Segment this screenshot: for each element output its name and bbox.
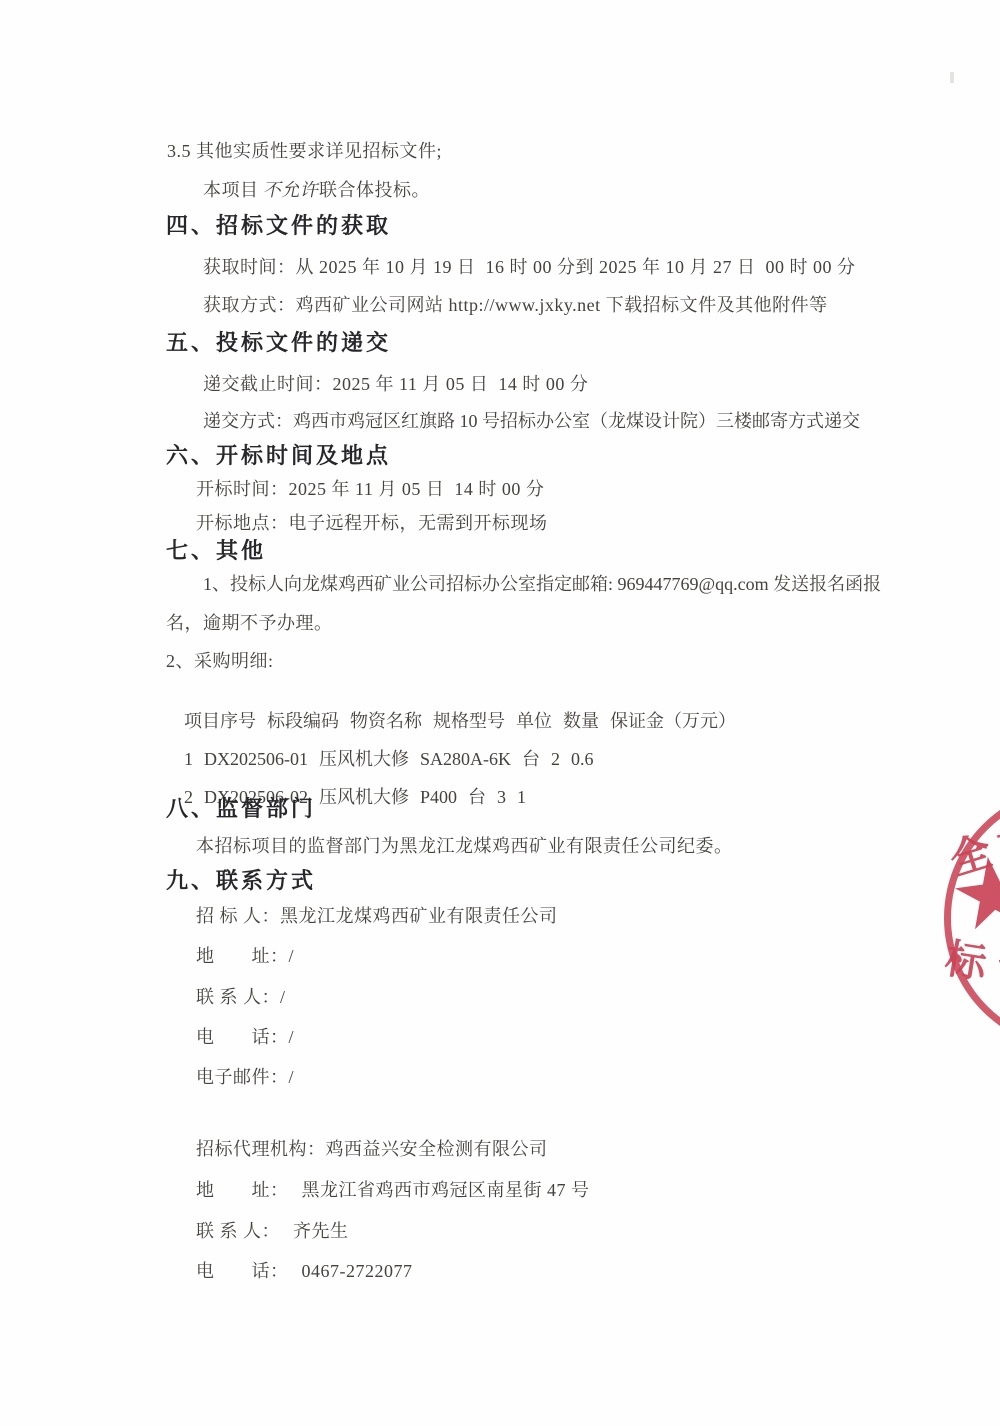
tenderer-name-label: 招 标 人： [196, 906, 280, 926]
joint-pre: 本项目 [203, 180, 264, 200]
agency-name-line: 招标代理机构：鸡西益兴安全检测有限公司 [196, 1139, 548, 1161]
agency-phone-label: 电 话： [196, 1261, 289, 1281]
joint-venture-line: 本项目 不允许联合体投标。 [203, 180, 430, 202]
tenderer-email-value: / [289, 1067, 295, 1087]
tenderer-contact-person-line: 联 系 人：/ [196, 987, 286, 1009]
agency-address-line: 地 址：黑龙江省鸡西市鸡冠区南星街 47 号 [196, 1180, 590, 1202]
section-6-open-time: 开标时间：2025 年 11 月 05 日 14 时 00 分 [196, 479, 544, 501]
tenderer-phone-label: 电 话： [196, 1027, 289, 1047]
section-7-item1-line2: 名，逾期不予办理。 [166, 613, 333, 635]
section-5-method: 递交方式：鸡西市鸡冠区红旗路 10 号招标办公室（龙煤设计院）三楼邮寄方式递交 [203, 411, 860, 433]
row2-unit: 台 [468, 787, 486, 809]
section-5-title: 五、投标文件的递交 [166, 330, 391, 356]
tenderer-address-label: 地 址： [196, 946, 289, 966]
tenderer-address-value: / [289, 946, 295, 966]
section-7-title: 七、其他 [166, 538, 266, 564]
joint-post: 联合体投标。 [319, 180, 430, 200]
tenderer-email-label: 电子邮件： [196, 1067, 289, 1087]
agency-phone-value: 0467-2722077 [302, 1261, 413, 1281]
row2-qty: 3 [497, 787, 506, 809]
section-6-open-place: 开标地点：电子远程开标，无需到开标现场 [196, 513, 548, 535]
tenderer-name-line: 招 标 人：黑龙江龙煤鸡西矿业有限责任公司 [196, 906, 558, 928]
section-5-deadline: 递交截止时间：2025 年 11 月 05 日 14 时 00 分 [203, 374, 588, 396]
section-7-item2: 2、采购明细: [166, 651, 274, 673]
tenderer-contact-person-label: 联 系 人： [196, 987, 280, 1007]
agency-contact-person-value: 齐先生 [293, 1221, 349, 1241]
scan-artifact [950, 72, 954, 83]
joint-emphasis: 不允许 [261, 180, 321, 202]
scanned-document-page: 3.5 其他实质性要求详见招标文件; 本项目 不允许联合体投标。 四、招标文件的… [0, 0, 1000, 1426]
row2-spec: P400 [420, 787, 457, 809]
section-6-title: 六、开标时间及地点 [166, 443, 391, 469]
agency-name-label: 招标代理机构： [196, 1139, 326, 1159]
section-7-item1-line1: 1、投标人向龙煤鸡西矿业公司招标办公室指定邮箱: 969447769@qq.co… [203, 574, 881, 596]
tenderer-address-line: 地 址：/ [196, 946, 294, 968]
agency-contact-person-line: 联 系 人：齐先生 [196, 1221, 349, 1243]
section-4-title: 四、招标文件的获取 [166, 213, 391, 239]
row2-deposit: 1 [517, 787, 526, 809]
clause-3-5: 3.5 其他实质性要求详见招标文件; [167, 141, 442, 163]
agency-address-label: 地 址： [196, 1180, 289, 1200]
agency-address-value: 黑龙江省鸡西市鸡冠区南星街 47 号 [302, 1180, 590, 1200]
tenderer-email-line: 电子邮件：/ [196, 1067, 294, 1089]
row1-qty: 2 [551, 749, 560, 771]
tenderer-phone-value: / [289, 1027, 295, 1047]
tenderer-phone-line: 电 话：/ [196, 1027, 294, 1049]
agency-name-value: 鸡西益兴安全检测有限公司 [326, 1139, 548, 1159]
tenderer-contact-person-value: / [280, 987, 286, 1007]
agency-phone-line: 电 话：0467-2722077 [196, 1261, 413, 1283]
section-9-title: 九、联系方式 [166, 868, 316, 894]
row1-deposit: 0.6 [571, 749, 594, 771]
agency-contact-person-label: 联 系 人： [196, 1221, 280, 1241]
tenderer-name-value: 黑龙江龙煤鸡西矿业有限责任公司 [280, 906, 558, 926]
section-4-obtain-method: 获取方式：鸡西矿业公司网站 http://www.jxky.net 下载招标文件… [203, 295, 828, 317]
row2-material: 压风机大修 [319, 787, 409, 809]
section-4-obtain-time: 获取时间：从 2025 年 10 月 19 日 16 时 00 分到 2025 … [203, 257, 856, 279]
header-cell-deposit: 保证金（万元） [610, 711, 736, 733]
section-8-body: 本招标项目的监督部门为黑龙江龙煤鸡西矿业有限责任公司纪委。 [196, 836, 733, 858]
section-8-title: 八、监督部门 [166, 796, 316, 822]
